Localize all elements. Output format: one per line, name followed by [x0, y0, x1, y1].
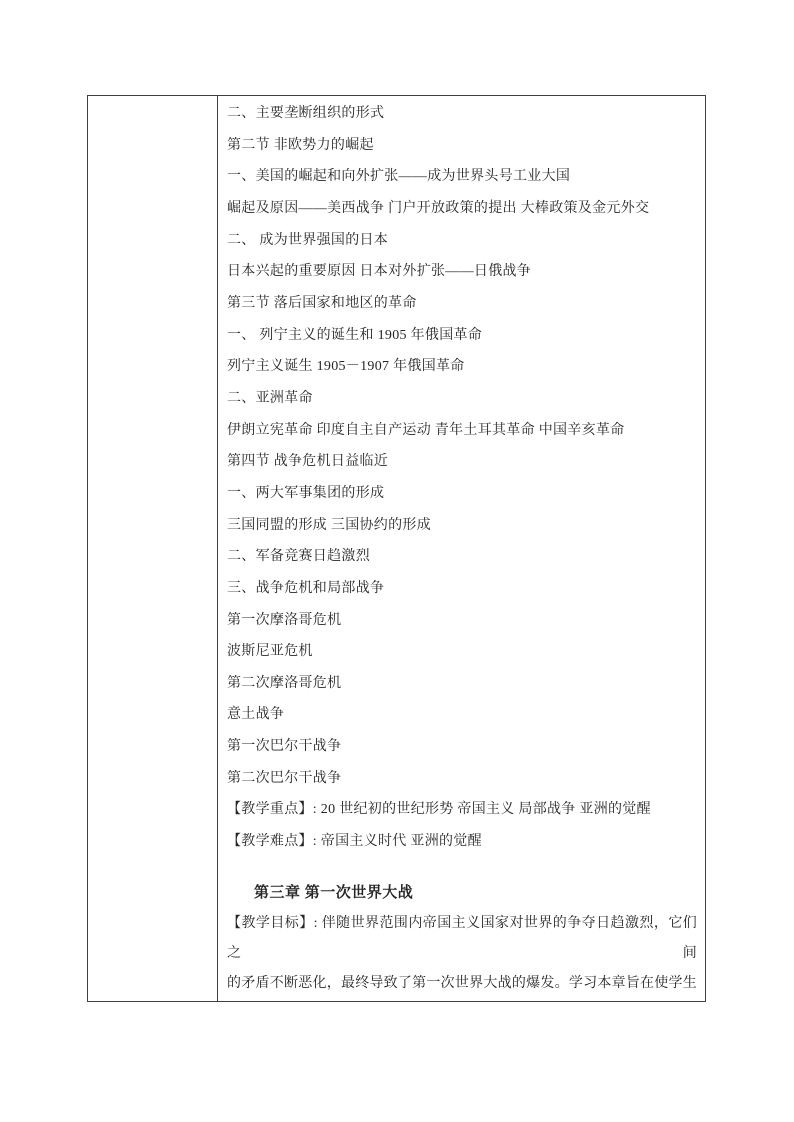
outline-line: 波斯尼亚危机: [227, 636, 697, 668]
outline-line: 第二次摩洛哥危机: [227, 668, 697, 700]
outline-line: 崛起及原因——美西战争 门户开放政策的提出 大棒政策及金元外交: [227, 193, 697, 225]
teaching-objective-line: 【教学目标】: 伴随世界范围内帝国主义国家对世界的争夺日趋激烈，它们之间: [227, 909, 697, 968]
outline-line: 二、主要垄断组织的形式: [227, 98, 697, 130]
outline-line: 二、亚洲革命: [227, 383, 697, 415]
outline-line: 第一次摩洛哥危机: [227, 605, 697, 637]
outline-line: 一、美国的崛起和向外扩张——成为世界头号工业大国: [227, 161, 697, 193]
table-cell-content: 二、主要垄断组织的形式 第二节 非欧势力的崛起 一、美国的崛起和向外扩张——成为…: [218, 96, 705, 1001]
teaching-key-points-line: 【教学重点】: 20 世纪初的世纪形势 帝国主义 局部战争 亚洲的觉醒: [227, 794, 697, 826]
outline-line: 第四节 战争危机日益临近: [227, 446, 697, 478]
table-cell-left-empty: [88, 96, 218, 1001]
outline-line: 一、两大军事集团的形成: [227, 478, 697, 510]
teaching-objective-line: 的矛盾不断恶化，最终导致了第一次世界大战的爆发。学习本章旨在使学生了: [227, 969, 697, 1001]
outline-line: 第二节 非欧势力的崛起: [227, 130, 697, 162]
teaching-difficulties-line: 【教学难点】: 帝国主义时代 亚洲的觉醒: [227, 826, 697, 858]
document-page: 二、主要垄断组织的形式 第二节 非欧势力的崛起 一、美国的崛起和向外扩张——成为…: [0, 0, 794, 1122]
outline-line: 三国同盟的形成 三国协约的形成: [227, 510, 697, 542]
content-table: 二、主要垄断组织的形式 第二节 非欧势力的崛起 一、美国的崛起和向外扩张——成为…: [87, 95, 706, 1002]
outline-line: 第二次巴尔干战争: [227, 763, 697, 795]
outline-line: 列宁主义诞生 1905－1907 年俄国革命: [227, 351, 697, 383]
chapter-heading: 第三章 第一次世界大战: [227, 878, 697, 910]
outline-line: 二、 成为世界强国的日本: [227, 225, 697, 257]
blank-line-spacer: [227, 858, 697, 878]
outline-line: 伊朗立宪革命 印度自主自产运动 青年土耳其革命 中国辛亥革命: [227, 415, 697, 447]
outline-line: 一、 列宁主义的诞生和 1905 年俄国革命: [227, 320, 697, 352]
outline-line: 第三节 落后国家和地区的革命: [227, 288, 697, 320]
outline-line: 二、军备竞赛日趋激烈: [227, 541, 697, 573]
outline-line: 三、战争危机和局部战争: [227, 573, 697, 605]
outline-line: 日本兴起的重要原因 日本对外扩张——日俄战争: [227, 256, 697, 288]
outline-line: 第一次巴尔干战争: [227, 731, 697, 763]
outline-line: 意土战争: [227, 699, 697, 731]
